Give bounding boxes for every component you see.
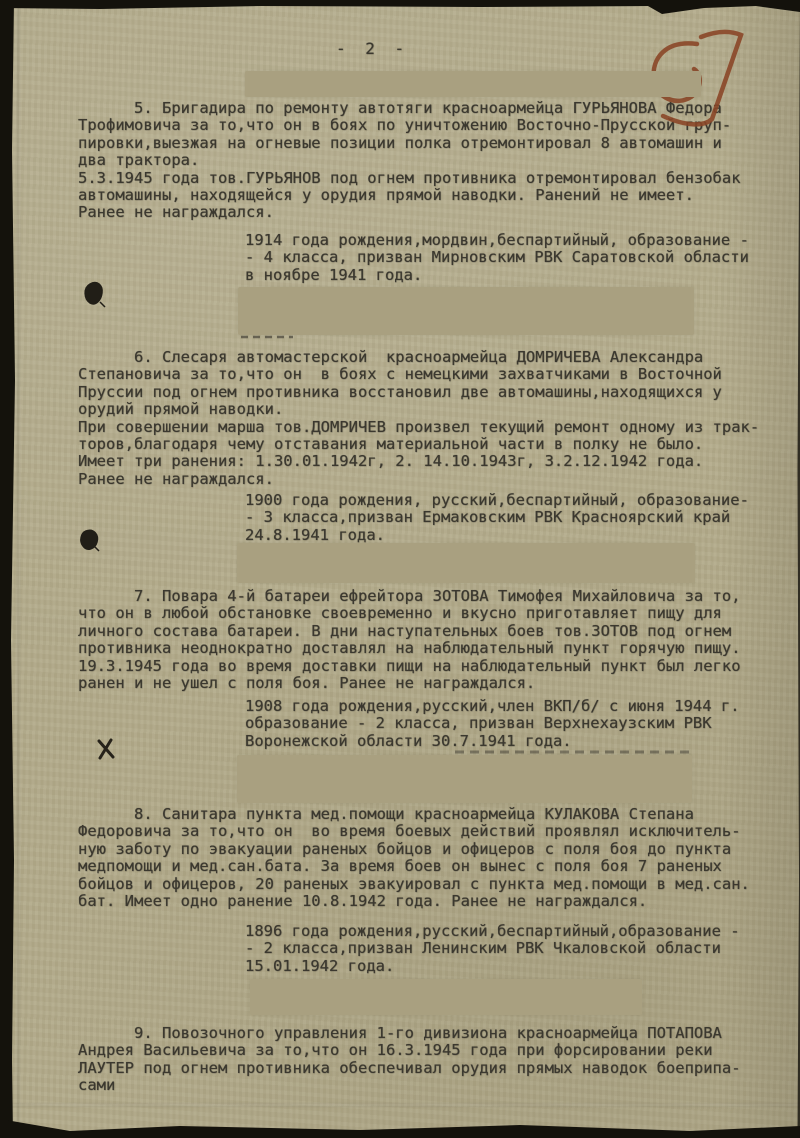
horizontal-fold-crease	[0, 1103, 800, 1107]
entry-7-bio: 1908 года рождения,русский,член ВКП/б/ с…	[245, 698, 740, 750]
entry-8-text: 8. Санитара пункта мед.помощи красноарме…	[78, 806, 750, 910]
vertical-fold-crease	[16, 0, 20, 1138]
entry-7-text: 7. Повара 4-й батареи ефрейтора ЗОТОВА Т…	[78, 588, 741, 692]
page-number: - 2 -	[336, 40, 409, 57]
entry-5-text: 5. Бригадира по ремонту автотяги красноа…	[78, 100, 741, 222]
redaction-block-1	[245, 71, 701, 97]
entry-6-bio: 1900 года рождения, русский,беспартийный…	[245, 492, 749, 544]
redaction-block-3	[237, 543, 695, 583]
entry-5-bio: 1914 года рождения,мордвин,беспартийный,…	[245, 232, 749, 284]
redaction-block-4	[237, 755, 692, 803]
entry-8-bio: 1896 года рождения,русский,беспартийный,…	[245, 923, 740, 975]
entry-9-text: 9. Повозочного управления 1-го дивизиона…	[78, 1025, 741, 1095]
scanned-document-page: { "page": { "number": "- 2 -", "language…	[0, 0, 800, 1138]
redaction-block-2	[238, 287, 694, 335]
entry-6-text: 6. Слесаря автомастерской красноармейца …	[78, 349, 759, 488]
redaction-block-5	[250, 979, 642, 1015]
